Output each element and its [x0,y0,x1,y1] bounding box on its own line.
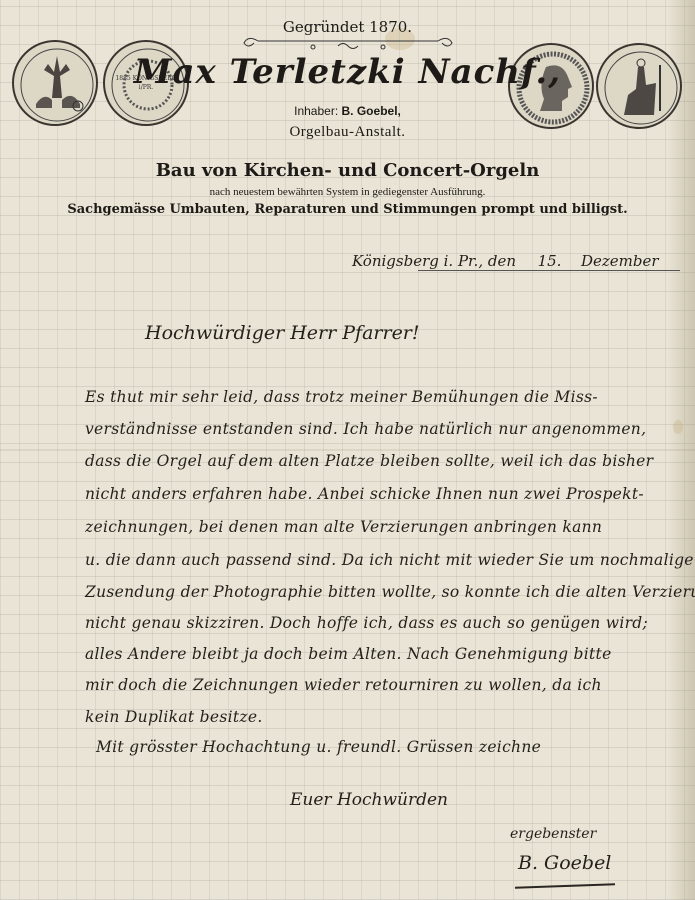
signature: B. Goebel [518,852,611,874]
letter-page: 1885 KÖNIGSBERG i/PR. Gegründet 1870. Ma… [0,0,695,900]
body-line: kein Duplikat besitze. [85,708,263,726]
signature-flourish [515,883,615,888]
firm-name: Max Terletzki Nachf., [0,52,695,92]
body-line: mir doch die Zeichnungen wieder retourni… [85,676,602,694]
body-line: nicht genau skizziren. Doch hoffe ich, d… [85,614,648,632]
owner-label: Inhaber: [294,104,338,118]
body-line: verständnisse entstanden sind. Ich habe … [85,420,646,438]
closing: Euer Hochwürden [290,790,448,810]
tagline: Sachgemässe Umbauten, Reparaturen und St… [0,202,695,217]
body-line: zeichnungen, bei denen man alte Verzieru… [85,518,602,536]
founded-line: Gegründet 1870. [0,18,695,36]
body-line: u. die dann auch passend sind. Da ich ni… [85,551,694,569]
body-line: alles Andere bleibt ja doch beim Alten. … [85,645,612,663]
department: Orgelbau-Anstalt. [0,124,695,141]
owner-line: Inhaber: B. Goebel, [0,104,695,118]
paper-stain [673,420,683,434]
closing-formula: ergebenster [510,826,596,842]
owner-name: B. Goebel, [342,104,401,118]
salutation: Hochwürdiger Herr Pfarrer! [145,322,420,344]
date-line: Königsberg i. Pr., den 15. Dezember 1902 [352,252,695,270]
body-line: Es thut mir sehr leid, dass trotz meiner… [85,388,598,406]
date-underline [418,270,680,271]
place: Königsberg i. Pr., den [352,252,516,270]
subline: nach neuestem bewährten System in gedieg… [0,186,695,198]
body-line: Zusendung der Photographie bitten wollte… [85,583,695,601]
body-line: dass die Orgel auf dem alten Platze blei… [85,452,653,470]
headline: Bau von Kirchen- und Concert-Orgeln [0,160,695,181]
body-line: Mit grösster Hochachtung u. freundl. Grü… [96,738,541,756]
body-line: nicht anders erfahren habe. Anbei schick… [85,485,644,503]
date-month: Dezember [581,252,659,270]
date-day: 15. [538,252,562,270]
paper-fold [0,449,695,451]
